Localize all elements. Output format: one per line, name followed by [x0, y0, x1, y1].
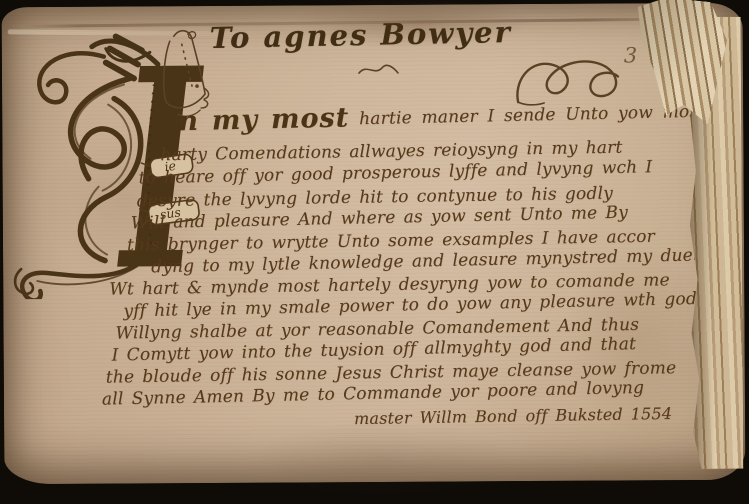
letter-body: n my mosthartie maner I sende Unto yow m… — [2, 3, 746, 485]
line-text: hartie maner I sende Unto yow most — [359, 102, 706, 130]
line-lead: n my most — [178, 102, 350, 137]
manuscript-page: To agnes Bowyer 3 I — [2, 3, 746, 485]
manuscript-line: n my mosthartie maner I sende Unto yow m… — [178, 95, 706, 137]
manuscript-photograph: To agnes Bowyer 3 I — [0, 0, 749, 504]
signature-line: master Willm Bond off Buksted 1554 — [354, 404, 672, 428]
